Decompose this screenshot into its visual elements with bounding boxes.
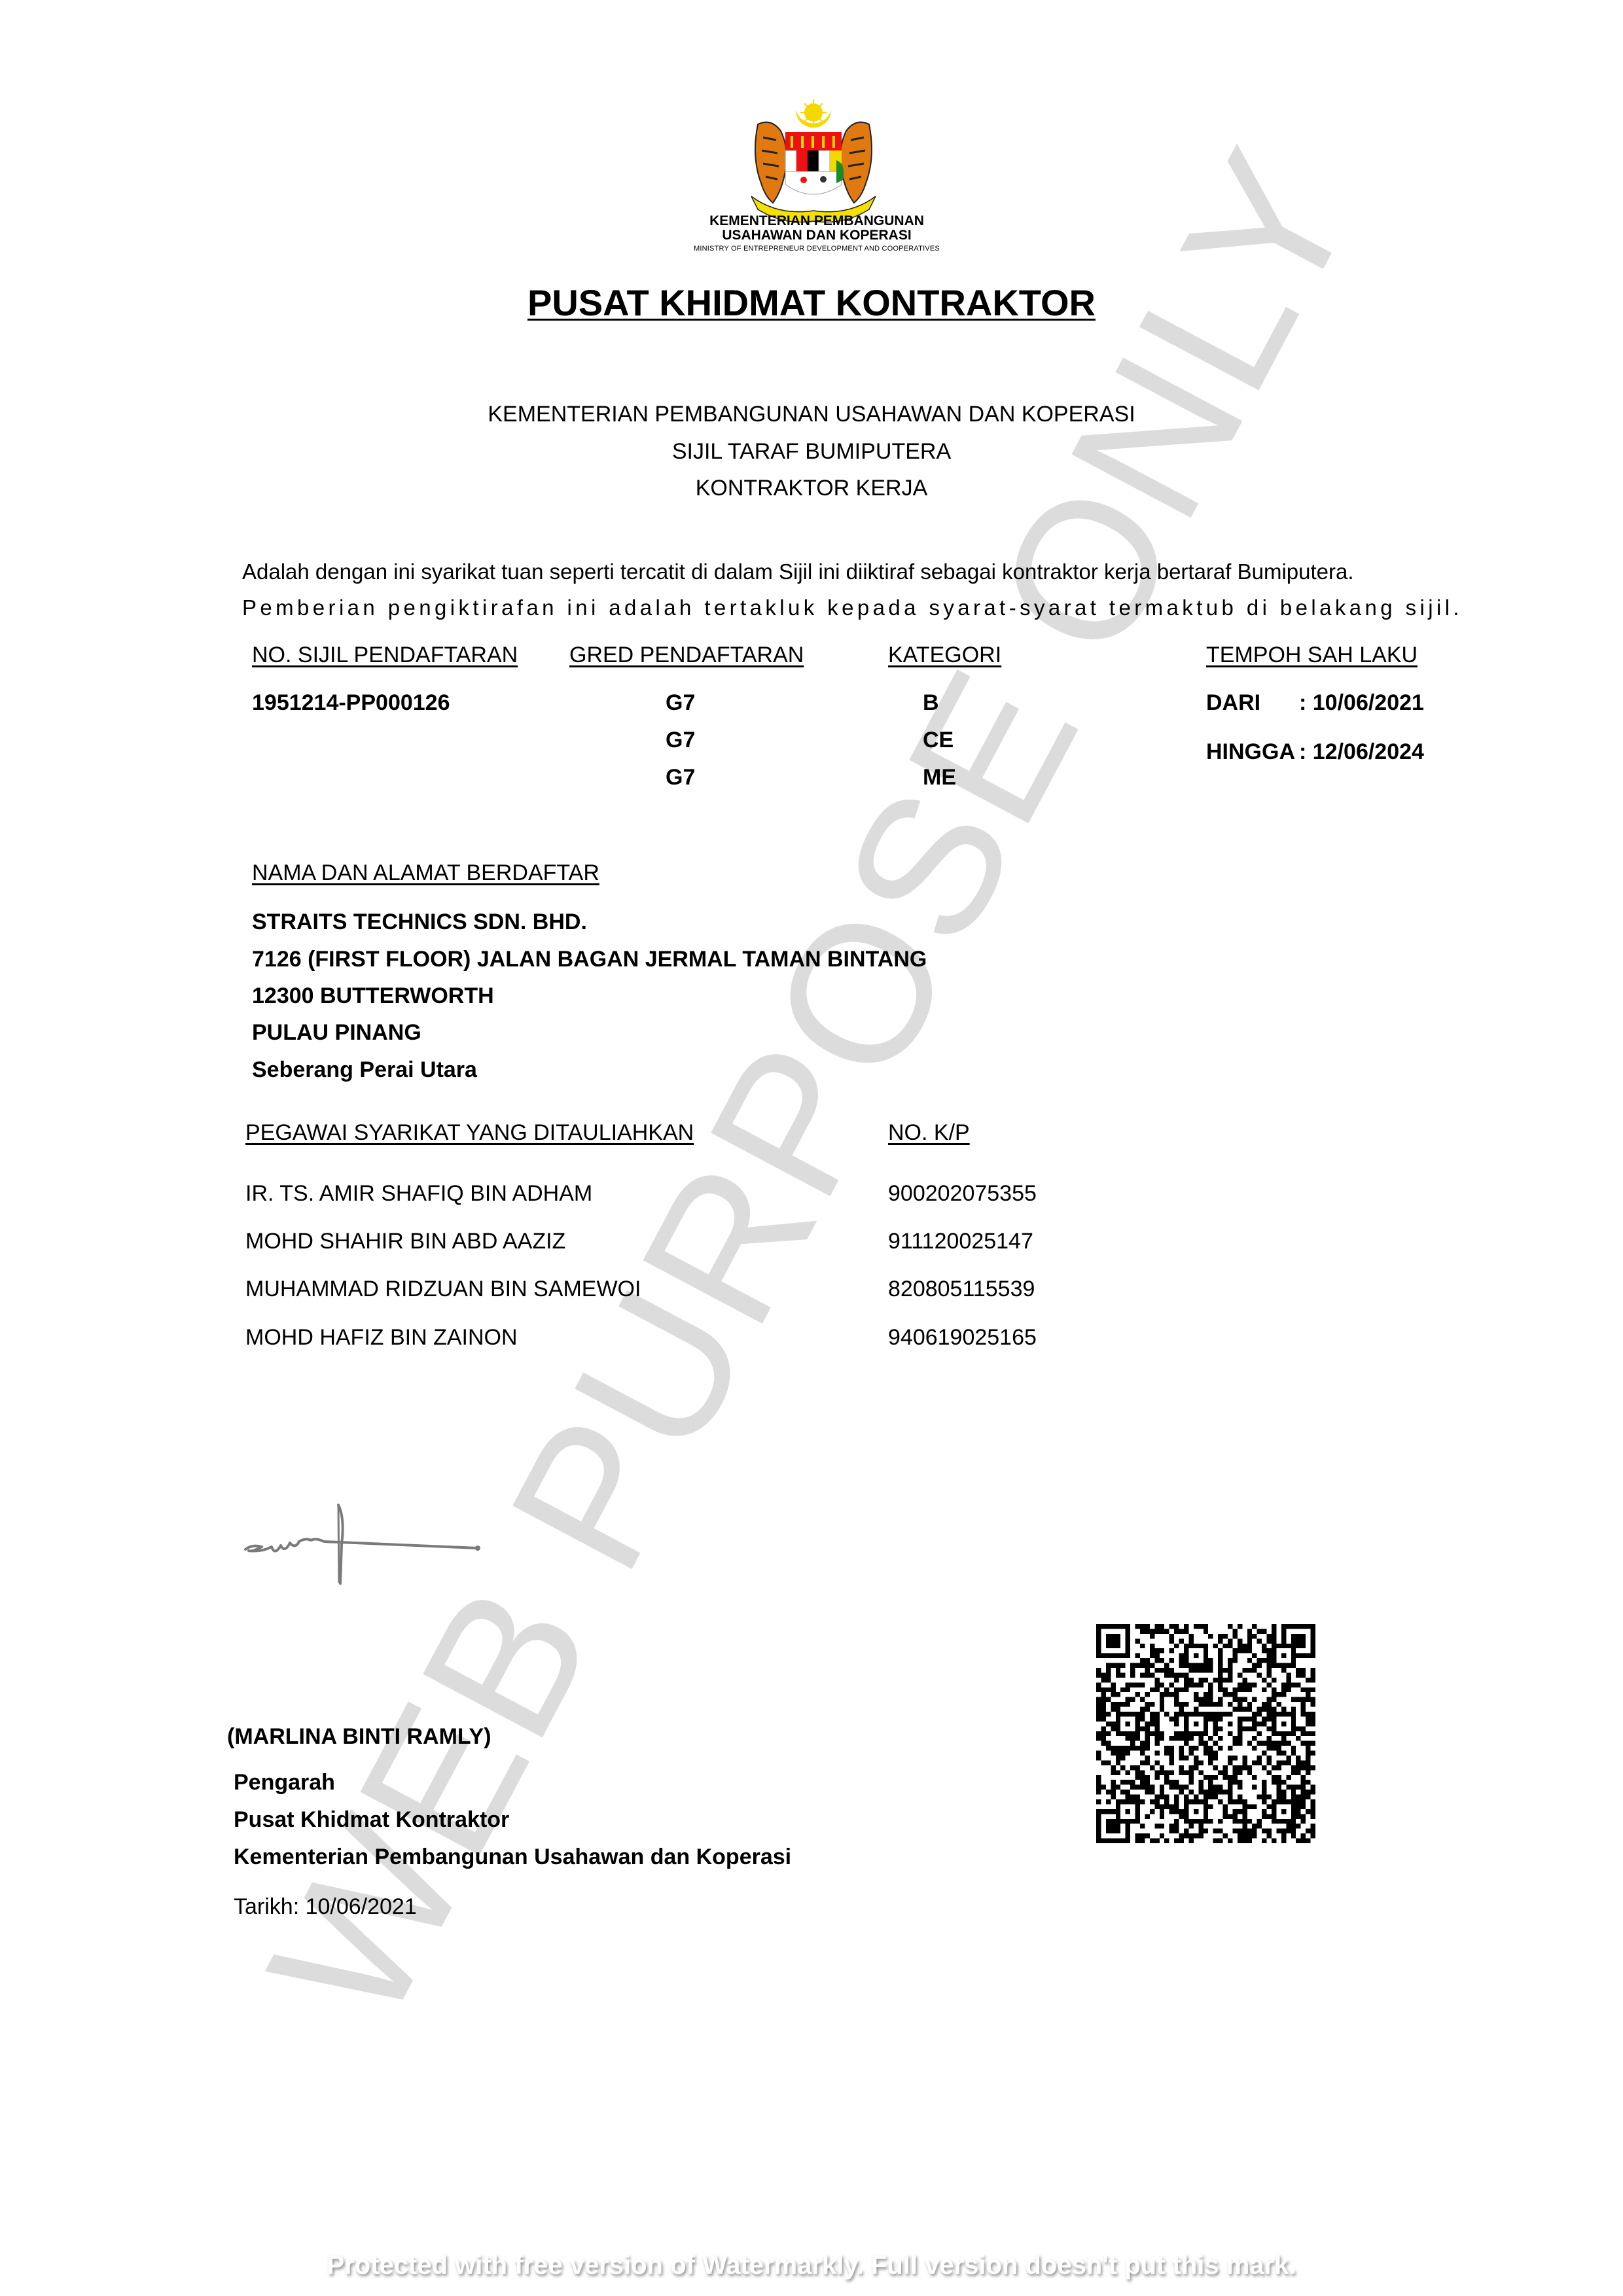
qr-code[interactable] <box>1096 1624 1315 1843</box>
company-postcode-city: 12300 BUTTERWORTH <box>252 983 494 1009</box>
watermarkly-notice: Protected with free version of Watermark… <box>0 2251 1623 2280</box>
signatory-department: Pusat Khidmat Kontraktor <box>234 1807 509 1833</box>
company-state: PULAU PINANG <box>252 1020 421 1046</box>
header-grade: GRED PENDAFTARAN <box>569 643 804 668</box>
malaysia-coat-of-arms-icon <box>732 98 895 222</box>
officer-name: MOHD SHAHIR BIN ABD AAZIZ <box>245 1229 565 1254</box>
page-title: PUSAT KHIDMAT KONTRAKTOR <box>0 281 1623 324</box>
header-validity: TEMPOH SAH LAKU <box>1206 643 1418 668</box>
grade-value: G7 <box>666 728 695 753</box>
company-district: Seberang Perai Utara <box>252 1057 477 1083</box>
validity-to-date: : 12/06/2024 <box>1299 739 1424 765</box>
grade-value: G7 <box>666 765 695 790</box>
signature-image <box>242 1498 504 1597</box>
recognition-statement: Adalah dengan ini syarikat tuan seperti … <box>242 559 1535 584</box>
category-value: B <box>923 690 939 716</box>
category-value: ME <box>923 765 956 790</box>
validity-from-date: : 10/06/2021 <box>1299 690 1424 716</box>
validity-to-label: HINGGA <box>1206 739 1295 765</box>
crest-ministry-english: MINISTRY OF ENTREPRENEUR DEVELOPMENT AND… <box>679 245 954 253</box>
officer-name: MOHD HAFIZ BIN ZAINON <box>245 1325 518 1351</box>
officer-name: IR. TS. AMIR SHAFIQ BIN ADHAM <box>245 1181 592 1207</box>
subtitle-ministry: KEMENTERIAN PEMBANGUNAN USAHAWAN DAN KOP… <box>0 402 1623 427</box>
crest-ministry-line-2: USAHAWAN DAN KOPERASI <box>679 228 954 243</box>
header-officers: PEGAWAI SYARIKAT YANG DITAULIAHKAN <box>245 1120 694 1146</box>
header-category: KATEGORI <box>888 643 1001 668</box>
crest-ministry-line-1: KEMENTERIAN PEMBANGUNAN <box>679 213 954 229</box>
validity-from-label: DARI <box>1206 690 1260 716</box>
officer-name: MUHAMMAD RIDZUAN BIN SAMEWOI <box>245 1277 641 1302</box>
issue-date: Tarikh: 10/06/2021 <box>234 1894 417 1920</box>
subtitle-certificate-type: SIJIL TARAF BUMIPUTERA <box>0 439 1623 465</box>
category-value: CE <box>923 728 954 753</box>
signatory-name: (MARLINA BINTI RAMLY) <box>227 1724 491 1750</box>
signatory-position: Pengarah <box>234 1770 335 1795</box>
officer-ic: 900202075355 <box>888 1181 1037 1207</box>
header-ic-number: NO. K/P <box>888 1120 970 1146</box>
cert-number: 1951214-PP000126 <box>252 690 450 716</box>
header-cert-no: NO. SIJIL PENDAFTARAN <box>252 643 518 668</box>
officer-ic: 820805115539 <box>888 1277 1035 1302</box>
signatory-ministry: Kementerian Pembangunan Usahawan dan Kop… <box>234 1845 791 1870</box>
company-address-line: 7126 (FIRST FLOOR) JALAN BAGAN JERMAL TA… <box>252 947 927 972</box>
officer-ic: 911120025147 <box>888 1229 1033 1254</box>
officer-ic: 940619025165 <box>888 1325 1037 1351</box>
company-name: STRAITS TECHNICS SDN. BHD. <box>252 910 587 935</box>
subtitle-contractor-type: KONTRAKTOR KERJA <box>0 476 1623 501</box>
recognition-conditions: Pemberian pengiktirafan ini adalah terta… <box>242 595 1535 620</box>
header-company-address: NAMA DAN ALAMAT BERDAFTAR <box>252 860 599 886</box>
grade-value: G7 <box>666 690 695 716</box>
